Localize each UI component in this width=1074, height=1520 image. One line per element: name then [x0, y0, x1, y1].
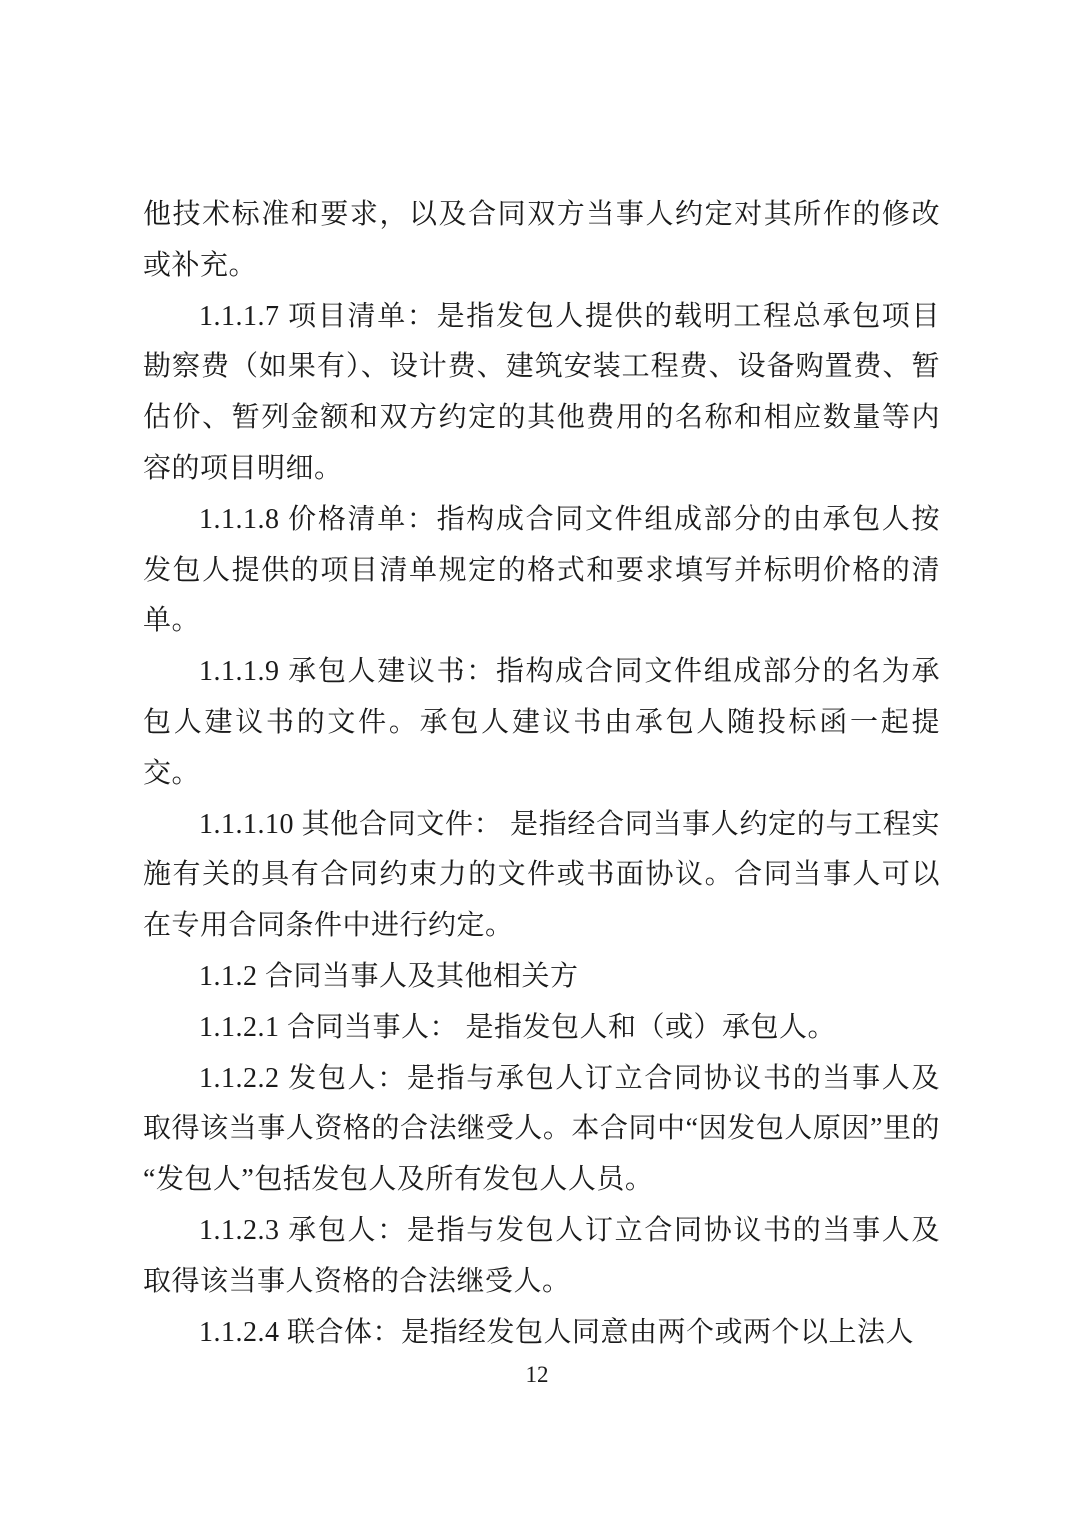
paragraph: 1.1.2 合同当事人及其他相关方	[143, 952, 940, 1003]
document-page: 他技术标准和要求，以及合同双方当事人约定对其所作的修改或补充。1.1.1.7 项…	[0, 0, 1074, 1520]
paragraph: 1.1.2.2 发包人：是指与承包人订立合同协议书的当事人及取得该当事人资格的合…	[143, 1054, 940, 1206]
page-number: 12	[0, 1360, 1074, 1390]
paragraph: 1.1.1.8 价格清单：指构成合同文件组成部分的由承包人按发包人提供的项目清单…	[143, 495, 940, 647]
document-body: 他技术标准和要求，以及合同双方当事人约定对其所作的修改或补充。1.1.1.7 项…	[143, 190, 940, 1358]
paragraph: 1.1.2.4 联合体：是指经发包人同意由两个或两个以上法人	[143, 1308, 940, 1359]
paragraph: 1.1.2.3 承包人：是指与发包人订立合同协议书的当事人及取得该当事人资格的合…	[143, 1206, 940, 1308]
paragraph: 1.1.1.10 其他合同文件： 是指经合同当事人约定的与工程实施有关的具有合同…	[143, 800, 940, 952]
paragraph: 1.1.1.9 承包人建议书：指构成合同文件组成部分的名为承包人建议书的文件。承…	[143, 647, 940, 799]
paragraph: 1.1.2.1 合同当事人： 是指发包人和（或）承包人。	[143, 1003, 940, 1054]
paragraph: 1.1.1.7 项目清单：是指发包人提供的载明工程总承包项目勘察费（如果有）、设…	[143, 292, 940, 495]
paragraph: 他技术标准和要求，以及合同双方当事人约定对其所作的修改或补充。	[143, 190, 940, 292]
